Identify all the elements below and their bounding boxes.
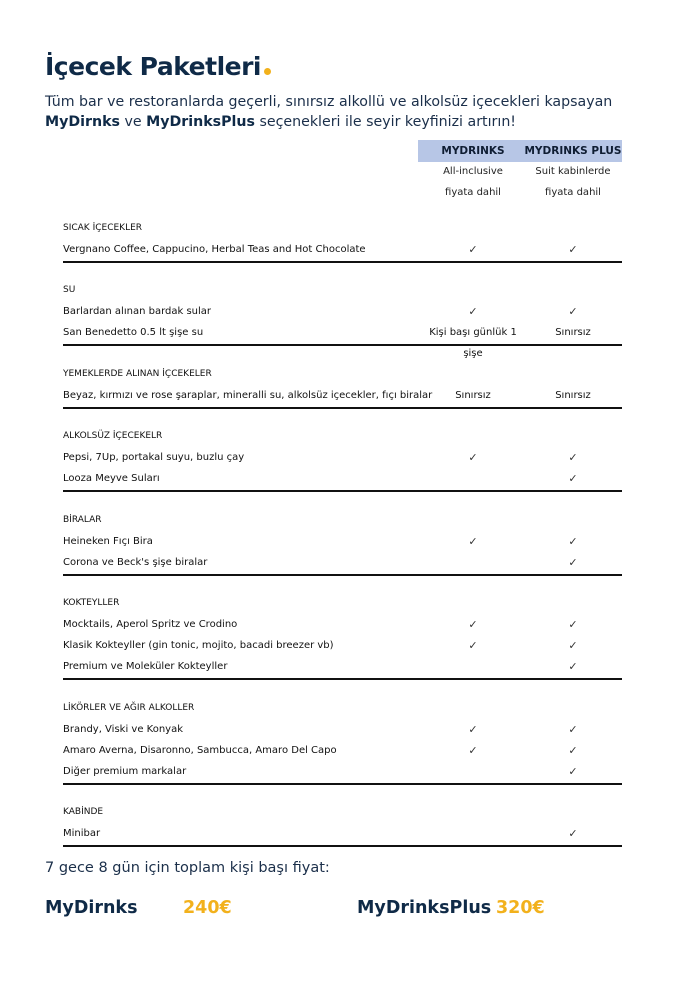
check-icon: ✓ bbox=[523, 656, 623, 677]
section-divider bbox=[63, 490, 622, 492]
section-divider bbox=[63, 678, 622, 680]
check-icon: ✓ bbox=[523, 761, 623, 782]
row-label: San Benedetto 0.5 lt şişe su bbox=[63, 322, 203, 343]
column-header-mydrinksplus: MYDRINKS PLUS bbox=[523, 140, 623, 162]
table-row: Mocktails, Aperol Spritz ve Crodino✓✓ bbox=[63, 614, 622, 635]
table-row: Vergnano Coffee, Cappucino, Herbal Teas … bbox=[63, 239, 622, 260]
check-icon: ✓ bbox=[523, 740, 623, 761]
section: SUBarlardan alınan bardak sular✓✓San Ben… bbox=[63, 280, 622, 346]
table-row: Brandy, Viski ve Konyak✓✓ bbox=[63, 719, 622, 740]
table-row: Pepsi, 7Up, portakal suyu, buzlu çay✓✓ bbox=[63, 447, 622, 468]
check-icon: ✓ bbox=[418, 447, 528, 468]
row-label: Corona ve Beck's şişe biralar bbox=[63, 552, 207, 573]
section: ALKOLSÜZ İÇECEKELRPepsi, 7Up, portakal s… bbox=[63, 426, 622, 492]
table-row: Beyaz, kırmızı ve rose şaraplar, mineral… bbox=[63, 385, 622, 406]
row-label: Heineken Fıçı Bira bbox=[63, 531, 153, 552]
row-label: Klasik Kokteyller (gin tonic, mojito, ba… bbox=[63, 635, 334, 656]
row-value: Sınırsız bbox=[523, 385, 623, 406]
check-icon: ✓ bbox=[418, 635, 528, 656]
check-icon: ✓ bbox=[523, 635, 623, 656]
section-title: BİRALAR bbox=[63, 510, 622, 531]
row-label: Vergnano Coffee, Cappucino, Herbal Teas … bbox=[63, 239, 366, 260]
accent-dot-icon bbox=[264, 68, 271, 75]
check-icon: ✓ bbox=[523, 301, 623, 322]
check-icon: ✓ bbox=[523, 239, 623, 260]
row-label: Mocktails, Aperol Spritz ve Crodino bbox=[63, 614, 237, 635]
check-icon: ✓ bbox=[418, 301, 528, 322]
section: BİRALARHeineken Fıçı Bira✓✓Corona ve Bec… bbox=[63, 510, 622, 576]
section-divider bbox=[63, 344, 622, 346]
section-title: SU bbox=[63, 280, 622, 301]
table-row: Amaro Averna, Disaronno, Sambucca, Amaro… bbox=[63, 740, 622, 761]
row-label: Brandy, Viski ve Konyak bbox=[63, 719, 183, 740]
row-label: Amaro Averna, Disaronno, Sambucca, Amaro… bbox=[63, 740, 337, 761]
table-row: Corona ve Beck's şişe biralar✓ bbox=[63, 552, 622, 573]
section-divider bbox=[63, 845, 622, 847]
section-divider bbox=[63, 783, 622, 785]
section: KOKTEYLLERMocktails, Aperol Spritz ve Cr… bbox=[63, 593, 622, 680]
column-header-mydrinks: MYDRINKS bbox=[418, 140, 528, 162]
row-label: Beyaz, kırmızı ve rose şaraplar, mineral… bbox=[63, 385, 432, 406]
check-icon: ✓ bbox=[418, 531, 528, 552]
section-divider bbox=[63, 574, 622, 576]
table-row: Diğer premium markalar✓ bbox=[63, 761, 622, 782]
row-label: Pepsi, 7Up, portakal suyu, buzlu çay bbox=[63, 447, 244, 468]
column-sub-mydrinks-1: All-inclusive bbox=[418, 166, 528, 177]
check-icon: ✓ bbox=[523, 531, 623, 552]
row-value: Sınırsız bbox=[523, 322, 623, 343]
check-icon: ✓ bbox=[418, 719, 528, 740]
row-label: Diğer premium markalar bbox=[63, 761, 186, 782]
check-icon: ✓ bbox=[523, 447, 623, 468]
check-icon: ✓ bbox=[523, 552, 623, 573]
row-value: Kişi başı günlük 1 şişe bbox=[418, 322, 528, 364]
intro-line-1: Tüm bar ve restoranlarda geçerli, sınırs… bbox=[45, 92, 665, 112]
brand-mydrinksplus: MyDrinksPlus bbox=[146, 114, 255, 130]
row-label: Looza Meyve Suları bbox=[63, 468, 160, 489]
check-icon: ✓ bbox=[418, 740, 528, 761]
page-title: İçecek Paketleri bbox=[45, 52, 271, 81]
pricing-label: 7 gece 8 gün için toplam kişi başı fiyat… bbox=[45, 860, 330, 876]
intro-line-2: MyDirnks ve MyDrinksPlus seçenekleri ile… bbox=[45, 112, 665, 132]
section-title: ALKOLSÜZ İÇECEKELR bbox=[63, 426, 622, 447]
brand-mydrinks: MyDirnks bbox=[45, 114, 120, 130]
table-row: Klasik Kokteyller (gin tonic, mojito, ba… bbox=[63, 635, 622, 656]
intro-paragraph: Tüm bar ve restoranlarda geçerli, sınırs… bbox=[45, 92, 665, 132]
row-label: Premium ve Moleküler Kokteyller bbox=[63, 656, 227, 677]
page-title-text: İçecek Paketleri bbox=[45, 52, 261, 81]
table-row: Minibar✓ bbox=[63, 823, 622, 844]
column-sub-mydrinks-2: fiyata dahil bbox=[418, 187, 528, 198]
section-divider bbox=[63, 261, 622, 263]
table-row: Premium ve Moleküler Kokteyller✓ bbox=[63, 656, 622, 677]
column-sub-mydrinksplus-2: fiyata dahil bbox=[523, 187, 623, 198]
package-name-mydrinks: MyDirnks bbox=[45, 898, 138, 918]
check-icon: ✓ bbox=[523, 468, 623, 489]
package-price-mydrinks: 240€ bbox=[183, 898, 232, 918]
check-icon: ✓ bbox=[523, 614, 623, 635]
section-title: YEMEKLERDE ALINAN İÇCEKELER bbox=[63, 364, 622, 385]
section-title: KOKTEYLLER bbox=[63, 593, 622, 614]
check-icon: ✓ bbox=[418, 614, 528, 635]
section-title: KABİNDE bbox=[63, 802, 622, 823]
intro-rest: seçenekleri ile seyir keyfinizi artırın! bbox=[255, 114, 516, 130]
table-row: Heineken Fıçı Bira✓✓ bbox=[63, 531, 622, 552]
row-label: Barlardan alınan bardak sular bbox=[63, 301, 211, 322]
section: YEMEKLERDE ALINAN İÇCEKELERBeyaz, kırmız… bbox=[63, 364, 622, 409]
column-sub-mydrinksplus-1: Suit kabinlerde bbox=[523, 166, 623, 177]
package-name-mydrinksplus: MyDrinksPlus bbox=[357, 898, 491, 918]
section: LİKÖRLER VE AĞIR ALKOLLERBrandy, Viski v… bbox=[63, 698, 622, 785]
table-row: Barlardan alınan bardak sular✓✓ bbox=[63, 301, 622, 322]
check-icon: ✓ bbox=[523, 719, 623, 740]
row-value: Sınırsız bbox=[418, 385, 528, 406]
table-row: San Benedetto 0.5 lt şişe suKişi başı gü… bbox=[63, 322, 622, 343]
section-title: LİKÖRLER VE AĞIR ALKOLLER bbox=[63, 698, 622, 719]
section-divider bbox=[63, 407, 622, 409]
package-price-mydrinksplus: 320€ bbox=[496, 898, 545, 918]
check-icon: ✓ bbox=[523, 823, 623, 844]
section-title: SICAK İÇECEKLER bbox=[63, 218, 622, 239]
row-label: Minibar bbox=[63, 823, 100, 844]
check-icon: ✓ bbox=[418, 239, 528, 260]
section: KABİNDEMinibar✓ bbox=[63, 802, 622, 847]
intro-conj: ve bbox=[120, 114, 146, 130]
section: SICAK İÇECEKLERVergnano Coffee, Cappucin… bbox=[63, 218, 622, 263]
table-row: Looza Meyve Suları✓ bbox=[63, 468, 622, 489]
